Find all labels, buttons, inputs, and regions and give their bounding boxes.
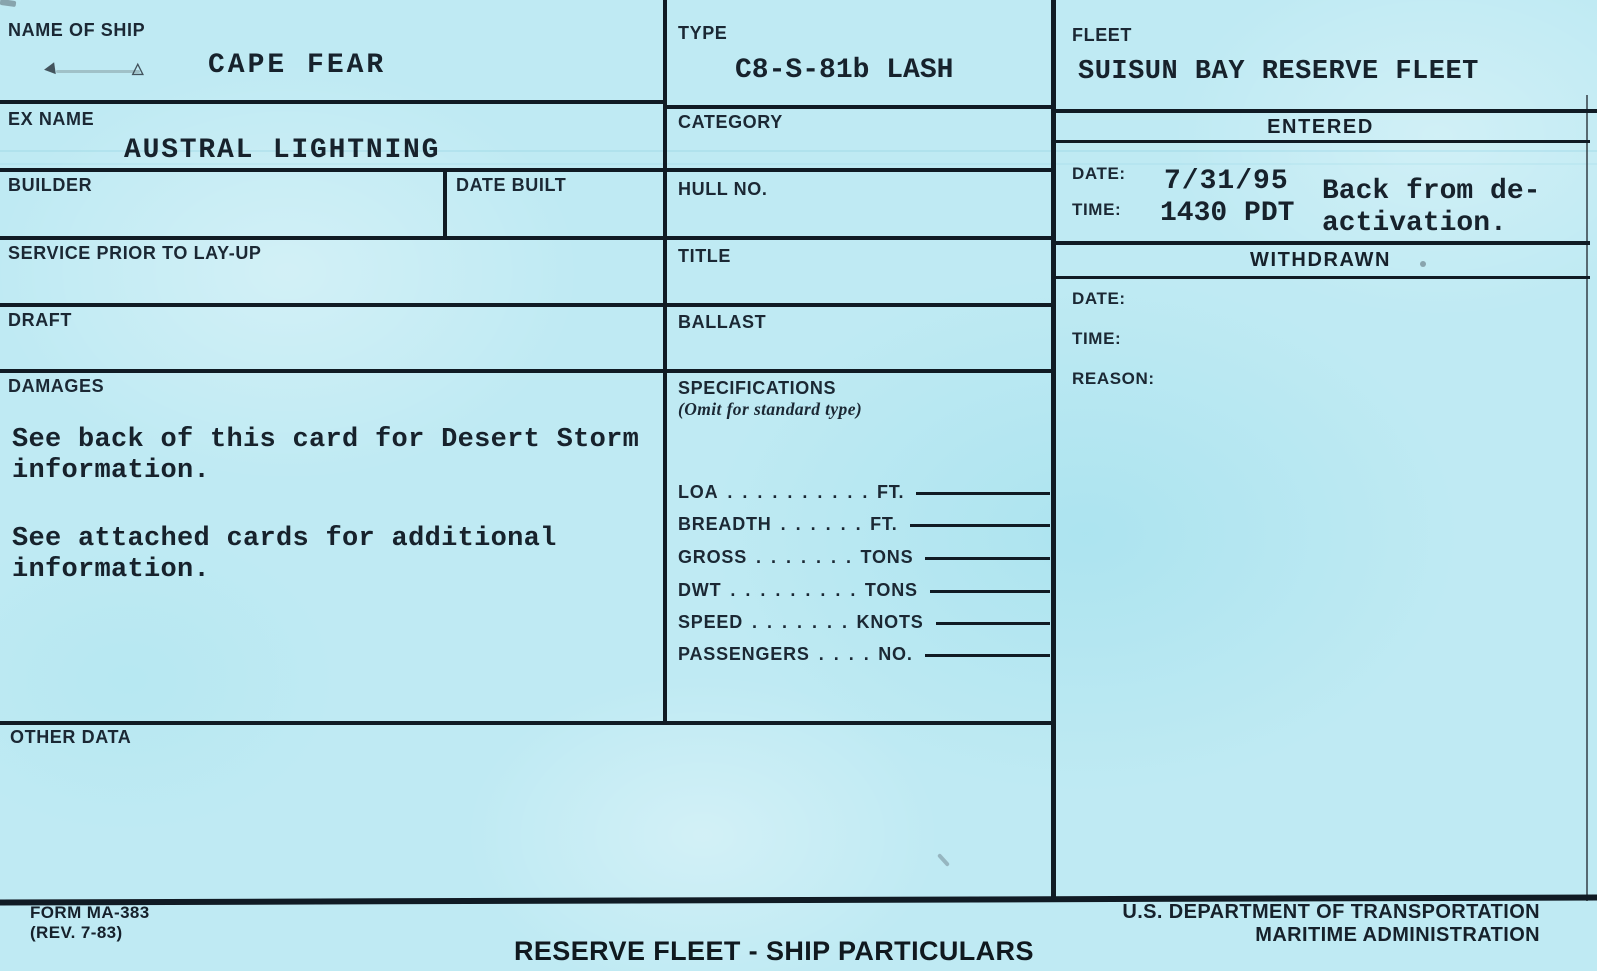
entered-time-value: 1430 PDT: [1160, 198, 1294, 230]
entered-note: Back from de- activation.: [1322, 176, 1540, 240]
damages-note-1: See back of this card for Desert Storm i…: [12, 425, 639, 487]
rule-above-withdrawn: [1051, 241, 1590, 245]
spec-label: LOA: [678, 483, 718, 503]
spec-row-dwt: DWT. . . . . . . . .TONS: [678, 581, 1050, 601]
spec-leader-dots: . . . . . . . . .: [730, 581, 858, 601]
card-title: RESERVE FLEET - SHIP PARTICULARS: [514, 936, 1034, 967]
spec-leader-dots: . . . . . . . . . .: [727, 483, 870, 503]
damages-label: DAMAGES: [8, 377, 104, 395]
entered-date-label: DATE:: [1072, 165, 1126, 182]
name-of-ship-label: NAME OF SHIP: [8, 21, 145, 39]
scan-speck: [937, 853, 950, 867]
title-label: TITLE: [678, 247, 731, 265]
agency-block: U.S. DEPARTMENT OF TRANSPORTATION MARITI…: [1122, 901, 1540, 947]
spec-row-gross: GROSS. . . . . . .TONS: [678, 548, 1050, 568]
spec-leader-dots: . . . . . . .: [752, 613, 850, 633]
spec-unit: FT.: [877, 483, 904, 503]
specifications-label: SPECIFICATIONS: [678, 379, 836, 397]
entered-header: ENTERED: [1051, 117, 1590, 137]
rule-below-ex-name-category: [0, 168, 1053, 172]
ship-particulars-card: NAME OF SHIP CAPE FEAR △ EX NAME AUSTRAL…: [0, 0, 1597, 971]
spec-row-breadth: BREADTH. . . . . .FT.: [678, 515, 1050, 535]
rule-below-type: [663, 105, 1053, 109]
spec-blank-line: [925, 557, 1050, 560]
spec-row-loa: LOA. . . . . . . . . .FT.: [678, 483, 1050, 503]
damages-note-2: See attached cards for additional inform…: [12, 524, 557, 586]
agency-line-1: U.S. DEPARTMENT OF TRANSPORTATION: [1122, 901, 1540, 924]
spec-blank-line: [930, 590, 1050, 593]
spec-leader-dots: . . . . . .: [781, 515, 864, 535]
spec-label: BREADTH: [678, 515, 772, 535]
service-prior-label: SERVICE PRIOR TO LAY-UP: [8, 244, 262, 262]
entered-time-label: TIME:: [1072, 201, 1121, 218]
scan-speck: [0, 0, 16, 7]
scan-speck: [1420, 261, 1426, 267]
fleet-value: SUISUN BAY RESERVE FLEET: [1078, 57, 1479, 88]
rule-above-other-data: [0, 721, 1053, 725]
pencil-mark: [43, 62, 56, 75]
rule-below-withdrawn-header: [1051, 276, 1590, 279]
spec-label: SPEED: [678, 613, 743, 633]
date-built-label: DATE BUILT: [456, 176, 566, 194]
spec-label: DWT: [678, 581, 721, 601]
spec-label: PASSENGERS: [678, 645, 810, 665]
entered-date-value: 7/31/95: [1164, 166, 1289, 198]
rule-below-builder-hull: [0, 236, 1053, 240]
rule-below-fleet: [1051, 109, 1597, 113]
withdrawn-reason-label: REASON:: [1072, 370, 1155, 387]
draft-label: DRAFT: [8, 311, 72, 329]
withdrawn-time-label: TIME:: [1072, 330, 1121, 347]
ex-name-value: AUSTRAL LIGHTNING: [124, 135, 440, 167]
fleet-label: FLEET: [1072, 26, 1132, 44]
pencil-triangle-mark: △: [132, 59, 144, 77]
spec-blank-line: [925, 654, 1050, 657]
spec-row-speed: SPEED. . . . . . .KNOTS: [678, 613, 1050, 633]
rule-below-entered-header: [1051, 140, 1590, 143]
name-of-ship-value: CAPE FEAR: [208, 50, 386, 82]
spec-blank-line: [910, 524, 1050, 527]
hull-no-label: HULL NO.: [678, 180, 767, 198]
pencil-smudge: [56, 70, 140, 73]
type-label: TYPE: [678, 24, 727, 42]
agency-line-2: MARITIME ADMINISTRATION: [1122, 924, 1540, 947]
type-value: C8-S-81b LASH: [735, 55, 953, 87]
ex-name-label: EX NAME: [8, 110, 94, 128]
spec-unit: NO.: [878, 645, 912, 665]
spec-unit: FT.: [870, 515, 897, 535]
form-number: FORM MA-383: [30, 903, 150, 923]
spec-unit: TONS: [861, 548, 914, 568]
form-revision: (REV. 7-83): [30, 923, 150, 943]
withdrawn-date-label: DATE:: [1072, 290, 1126, 307]
rule-below-draft-ballast: [0, 369, 1053, 373]
rule-below-service-title: [0, 303, 1053, 307]
spec-row-passengers: PASSENGERS. . . .NO.: [678, 645, 1050, 665]
spec-blank-line: [936, 622, 1050, 625]
ballast-label: BALLAST: [678, 313, 766, 331]
divider-builder-datebuilt: [443, 170, 447, 238]
form-id-block: FORM MA-383 (REV. 7-83): [30, 903, 150, 943]
other-data-label: OTHER DATA: [10, 728, 131, 746]
category-label: CATEGORY: [678, 113, 783, 131]
withdrawn-header: WITHDRAWN: [1051, 250, 1590, 270]
builder-label: BUILDER: [8, 176, 92, 194]
spec-unit: TONS: [865, 581, 918, 601]
rule-below-name-of-ship: [0, 100, 663, 104]
spec-unit: KNOTS: [857, 613, 924, 633]
spec-leader-dots: . . . .: [819, 645, 872, 665]
card-right-edge: [1586, 95, 1588, 901]
spec-blank-line: [916, 492, 1050, 495]
specifications-note: (Omit for standard type): [678, 399, 862, 420]
spec-label: GROSS: [678, 548, 747, 568]
spec-leader-dots: . . . . . . .: [756, 548, 854, 568]
